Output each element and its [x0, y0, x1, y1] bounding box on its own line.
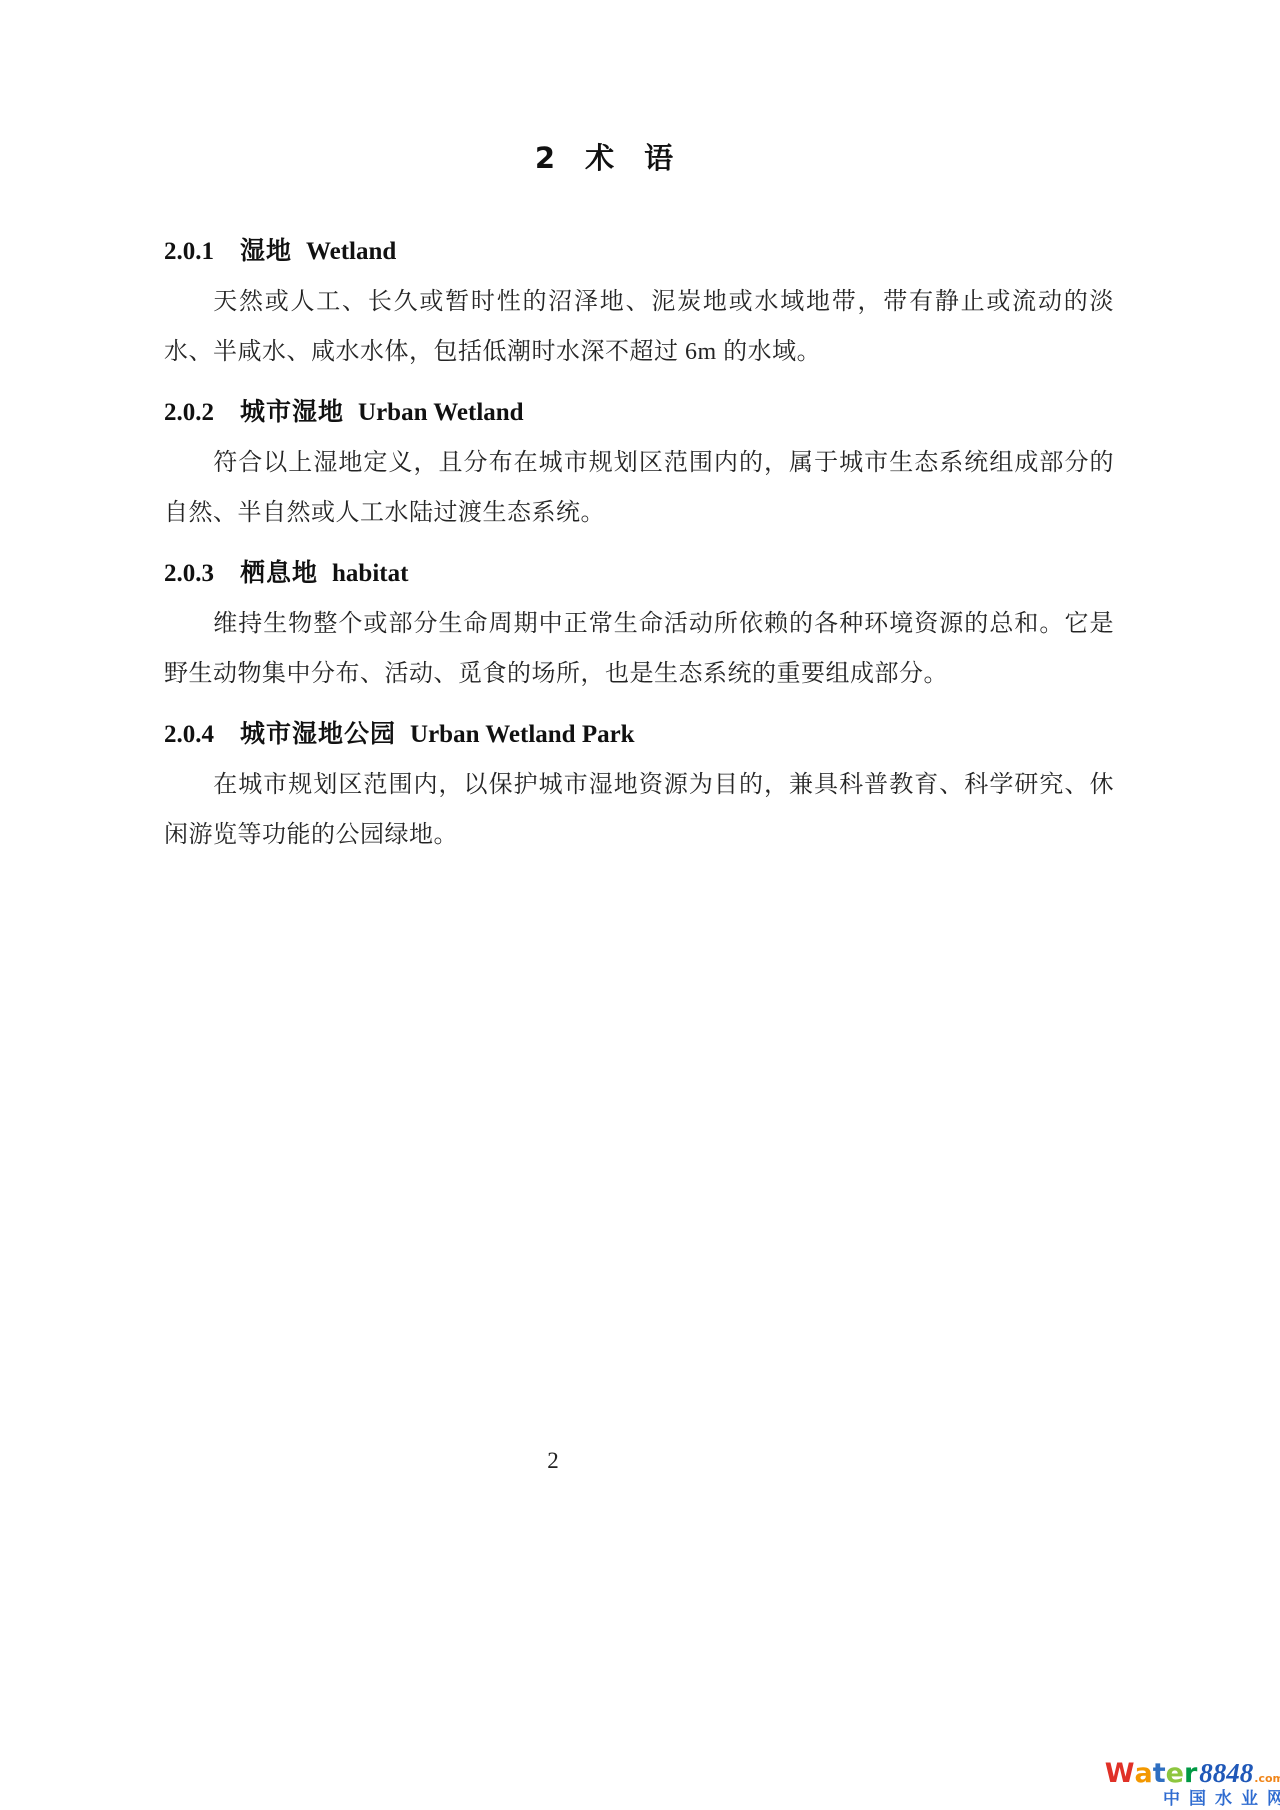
term-number: 2.0.4	[164, 721, 214, 748]
term-name-zh: 栖息地	[240, 558, 318, 587]
term-definition: 符合以上湿地定义，且分布在城市规划区范围内的，属于城市生态系统组成部分的自然、半…	[164, 438, 1114, 538]
term-name-en: Urban Wetland Park	[410, 721, 635, 748]
chapter-title: 2 术 语	[164, 138, 1054, 178]
term-name-en: Wetland	[306, 238, 396, 265]
term-heading: 2.0.1湿地Wetland	[164, 234, 1114, 269]
watermark-brand-word: Water	[1105, 1758, 1198, 1789]
term-entry-habitat: 2.0.3栖息地habitat 维持生物整个或部分生命周期中正常生命活动所依赖的…	[164, 556, 1114, 699]
watermark-brand: Water8848.com	[1105, 1760, 1280, 1787]
term-heading: 2.0.3栖息地habitat	[164, 556, 1114, 591]
term-name-zh: 城市湿地公园	[240, 719, 396, 748]
watermark-brand-tld: .com	[1254, 1772, 1280, 1785]
term-name-zh: 城市湿地	[240, 397, 344, 426]
term-definition: 维持生物整个或部分生命周期中正常生命活动所依赖的各种环境资源的总和。它是野生动物…	[164, 599, 1114, 699]
term-number: 2.0.3	[164, 560, 214, 587]
term-name-en: Urban Wetland	[358, 399, 524, 426]
watermark-subtitle: 中国水业网	[1105, 1791, 1280, 1808]
document-page: 2 术 语 2.0.1湿地Wetland 天然或人工、长久或暂时性的沼泽地、泥炭…	[0, 0, 1280, 1810]
term-entry-urban-wetland: 2.0.2城市湿地Urban Wetland 符合以上湿地定义，且分布在城市规划…	[164, 395, 1114, 538]
term-entry-urban-wetland-park: 2.0.4城市湿地公园Urban Wetland Park 在城市规划区范围内，…	[164, 717, 1114, 860]
term-number: 2.0.2	[164, 399, 214, 426]
term-heading: 2.0.2城市湿地Urban Wetland	[164, 395, 1114, 430]
term-definition: 在城市规划区范围内，以保护城市湿地资源为目的，兼具科普教育、科学研究、休闲游览等…	[164, 760, 1114, 860]
watermark-brand-number: 8848	[1199, 1758, 1253, 1788]
term-number: 2.0.1	[164, 238, 214, 265]
term-entry-wetland: 2.0.1湿地Wetland 天然或人工、长久或暂时性的沼泽地、泥炭地或水域地带…	[164, 234, 1114, 377]
watermark-logo: Water8848.com 中国水业网	[1105, 1760, 1280, 1808]
page-number: 2	[0, 1448, 1106, 1474]
term-name-en: habitat	[332, 560, 408, 587]
term-name-zh: 湿地	[240, 236, 292, 265]
term-heading: 2.0.4城市湿地公园Urban Wetland Park	[164, 717, 1114, 752]
term-definition: 天然或人工、长久或暂时性的沼泽地、泥炭地或水域地带，带有静止或流动的淡水、半咸水…	[164, 277, 1114, 377]
